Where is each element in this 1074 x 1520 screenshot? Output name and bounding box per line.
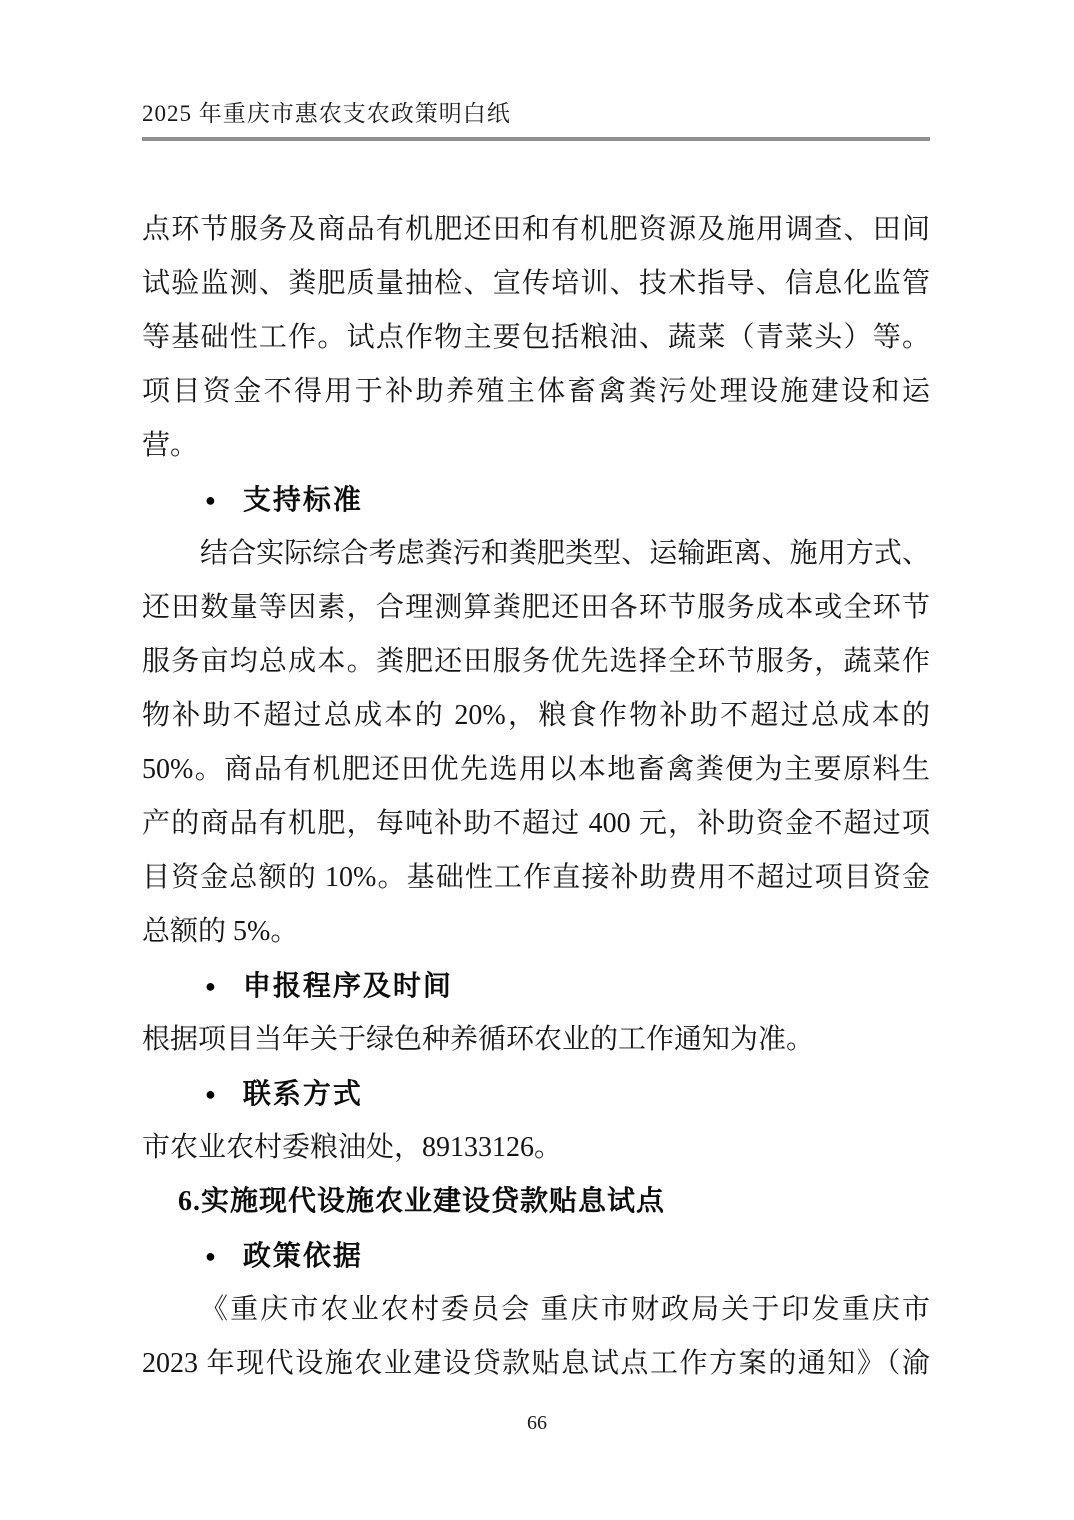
bullet-heading: ●支持标准 xyxy=(142,473,930,527)
document-page: 2025 年重庆市惠农支农政策明白纸 点环节服务及商品有机肥还田和有机肥资源及施… xyxy=(0,0,1074,1520)
paragraph-line: 50%。商品有机肥还田优先选用以本地畜禽粪便为主要原料生 xyxy=(142,743,930,797)
paragraph-line: 试验监测、粪肥质量抽检、宣传培训、技术指导、信息化监管 xyxy=(142,257,930,311)
header-rule xyxy=(142,137,930,141)
paragraph: 《重庆市农业农村委员会 重庆市财政局关于印发重庆市2023 年现代设施农业建设贷… xyxy=(142,1283,930,1391)
paragraph-line: 《重庆市农业农村委员会 重庆市财政局关于印发重庆市 xyxy=(142,1283,930,1337)
paragraph-line: 市农业农村委粮油处，89133126。 xyxy=(142,1121,930,1175)
bullet-icon: ● xyxy=(205,1067,216,1121)
paragraph-line: 点环节服务及商品有机肥还田和有机肥资源及施用调查、田间 xyxy=(142,203,930,257)
bullet-icon: ● xyxy=(205,1229,216,1283)
paragraph-line: 项目资金不得用于补助养殖主体畜禽粪污处理设施建设和运 xyxy=(142,365,930,419)
paragraph-line: 根据项目当年关于绿色种养循环农业的工作通知为准。 xyxy=(142,1013,930,1067)
paragraph-line: 营。 xyxy=(142,419,930,473)
document-header: 2025 年重庆市惠农支农政策明白纸 xyxy=(142,95,930,141)
page-number: 66 xyxy=(0,1408,1074,1438)
paragraph: 根据项目当年关于绿色种养循环农业的工作通知为准。 xyxy=(142,1013,930,1067)
section-heading: 6.实施现代设施农业建设贷款贴息试点 xyxy=(142,1175,930,1229)
paragraph-line: 服务亩均总成本。粪肥还田服务优先选择全环节服务，蔬菜作 xyxy=(142,635,930,689)
bullet-icon: ● xyxy=(205,959,216,1013)
paragraph: 结合实际综合考虑粪污和粪肥类型、运输距离、施用方式、还田数量等因素，合理测算粪肥… xyxy=(142,527,930,959)
paragraph-line: 结合实际综合考虑粪污和粪肥类型、运输距离、施用方式、 xyxy=(142,527,930,581)
paragraph-line: 物补助不超过总成本的 20%，粮食作物补助不超过总成本的 xyxy=(142,689,930,743)
bullet-heading-label: 政策依据 xyxy=(243,1241,363,1272)
paragraph: 点环节服务及商品有机肥还田和有机肥资源及施用调查、田间试验监测、粪肥质量抽检、宣… xyxy=(142,203,930,473)
paragraph-line: 目资金总额的 10%。基础性工作直接补助费用不超过项目资金 xyxy=(142,851,930,905)
paragraph-line: 还田数量等因素，合理测算粪肥还田各环节服务成本或全环节 xyxy=(142,581,930,635)
bullet-heading: ●申报程序及时间 xyxy=(142,959,930,1013)
paragraph: 市农业农村委粮油处，89133126。 xyxy=(142,1121,930,1175)
bullet-heading-label: 申报程序及时间 xyxy=(243,971,453,1002)
document-body: 点环节服务及商品有机肥还田和有机肥资源及施用调查、田间试验监测、粪肥质量抽检、宣… xyxy=(142,203,930,1391)
paragraph-line: 产的商品有机肥，每吨补助不超过 400 元，补助资金不超过项 xyxy=(142,797,930,851)
bullet-heading-label: 联系方式 xyxy=(243,1079,363,1110)
paragraph-line: 总额的 5%。 xyxy=(142,905,930,959)
paragraph-line: 等基础性工作。试点作物主要包括粮油、蔬菜（青菜头）等。 xyxy=(142,311,930,365)
paragraph-line: 2023 年现代设施农业建设贷款贴息试点工作方案的通知》（渝 xyxy=(142,1337,930,1391)
bullet-icon: ● xyxy=(205,473,216,527)
bullet-heading: ●政策依据 xyxy=(142,1229,930,1283)
bullet-heading: ●联系方式 xyxy=(142,1067,930,1121)
bullet-heading-label: 支持标准 xyxy=(243,485,363,516)
page-header-title: 2025 年重庆市惠农支农政策明白纸 xyxy=(142,95,930,128)
